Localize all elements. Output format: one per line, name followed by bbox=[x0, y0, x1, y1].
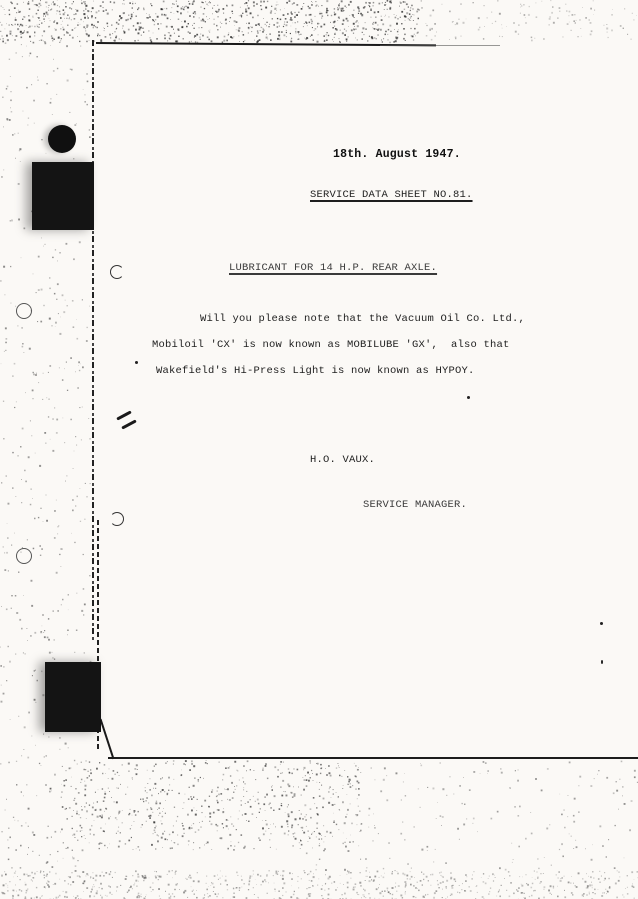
scan-noise bbox=[0, 0, 638, 899]
paper-edge-left bbox=[92, 40, 94, 640]
sheet-title: SERVICE DATA SHEET NO.81. bbox=[310, 189, 473, 201]
body-line: Wakefield's Hi-Press Light is now known … bbox=[156, 365, 475, 377]
punch-hole-icon bbox=[16, 303, 32, 319]
binder-clip-shadow-bottom bbox=[45, 662, 101, 732]
body-line: Will you please note that the Vacuum Oil… bbox=[200, 313, 525, 325]
signature-title: SERVICE MANAGER. bbox=[363, 499, 467, 511]
ink-speck bbox=[600, 622, 603, 625]
subject-heading: LUBRICANT FOR 14 H.P. REAR AXLE. bbox=[229, 262, 437, 274]
ink-speck bbox=[467, 396, 470, 399]
ink-speck bbox=[135, 361, 138, 364]
paper-edge-top-faint bbox=[380, 45, 500, 46]
binder-ring-shadow bbox=[48, 125, 76, 153]
margin-stroke-mark bbox=[121, 419, 137, 429]
margin-stroke-mark bbox=[116, 410, 132, 420]
margin-mark-icon bbox=[110, 512, 124, 526]
ink-speck bbox=[601, 660, 603, 664]
margin-mark-icon bbox=[110, 265, 124, 279]
binder-clip-shadow-top bbox=[32, 162, 94, 230]
signature-name: H.O. VAUX. bbox=[310, 454, 375, 466]
body-line: Mobiloil 'CX' is now known as MOBILUBE '… bbox=[152, 339, 510, 351]
paper-edge-bottom bbox=[108, 757, 638, 759]
punch-hole-icon bbox=[16, 548, 32, 564]
paper-fold-line bbox=[100, 719, 115, 760]
document-date: 18th. August 1947. bbox=[333, 148, 461, 161]
